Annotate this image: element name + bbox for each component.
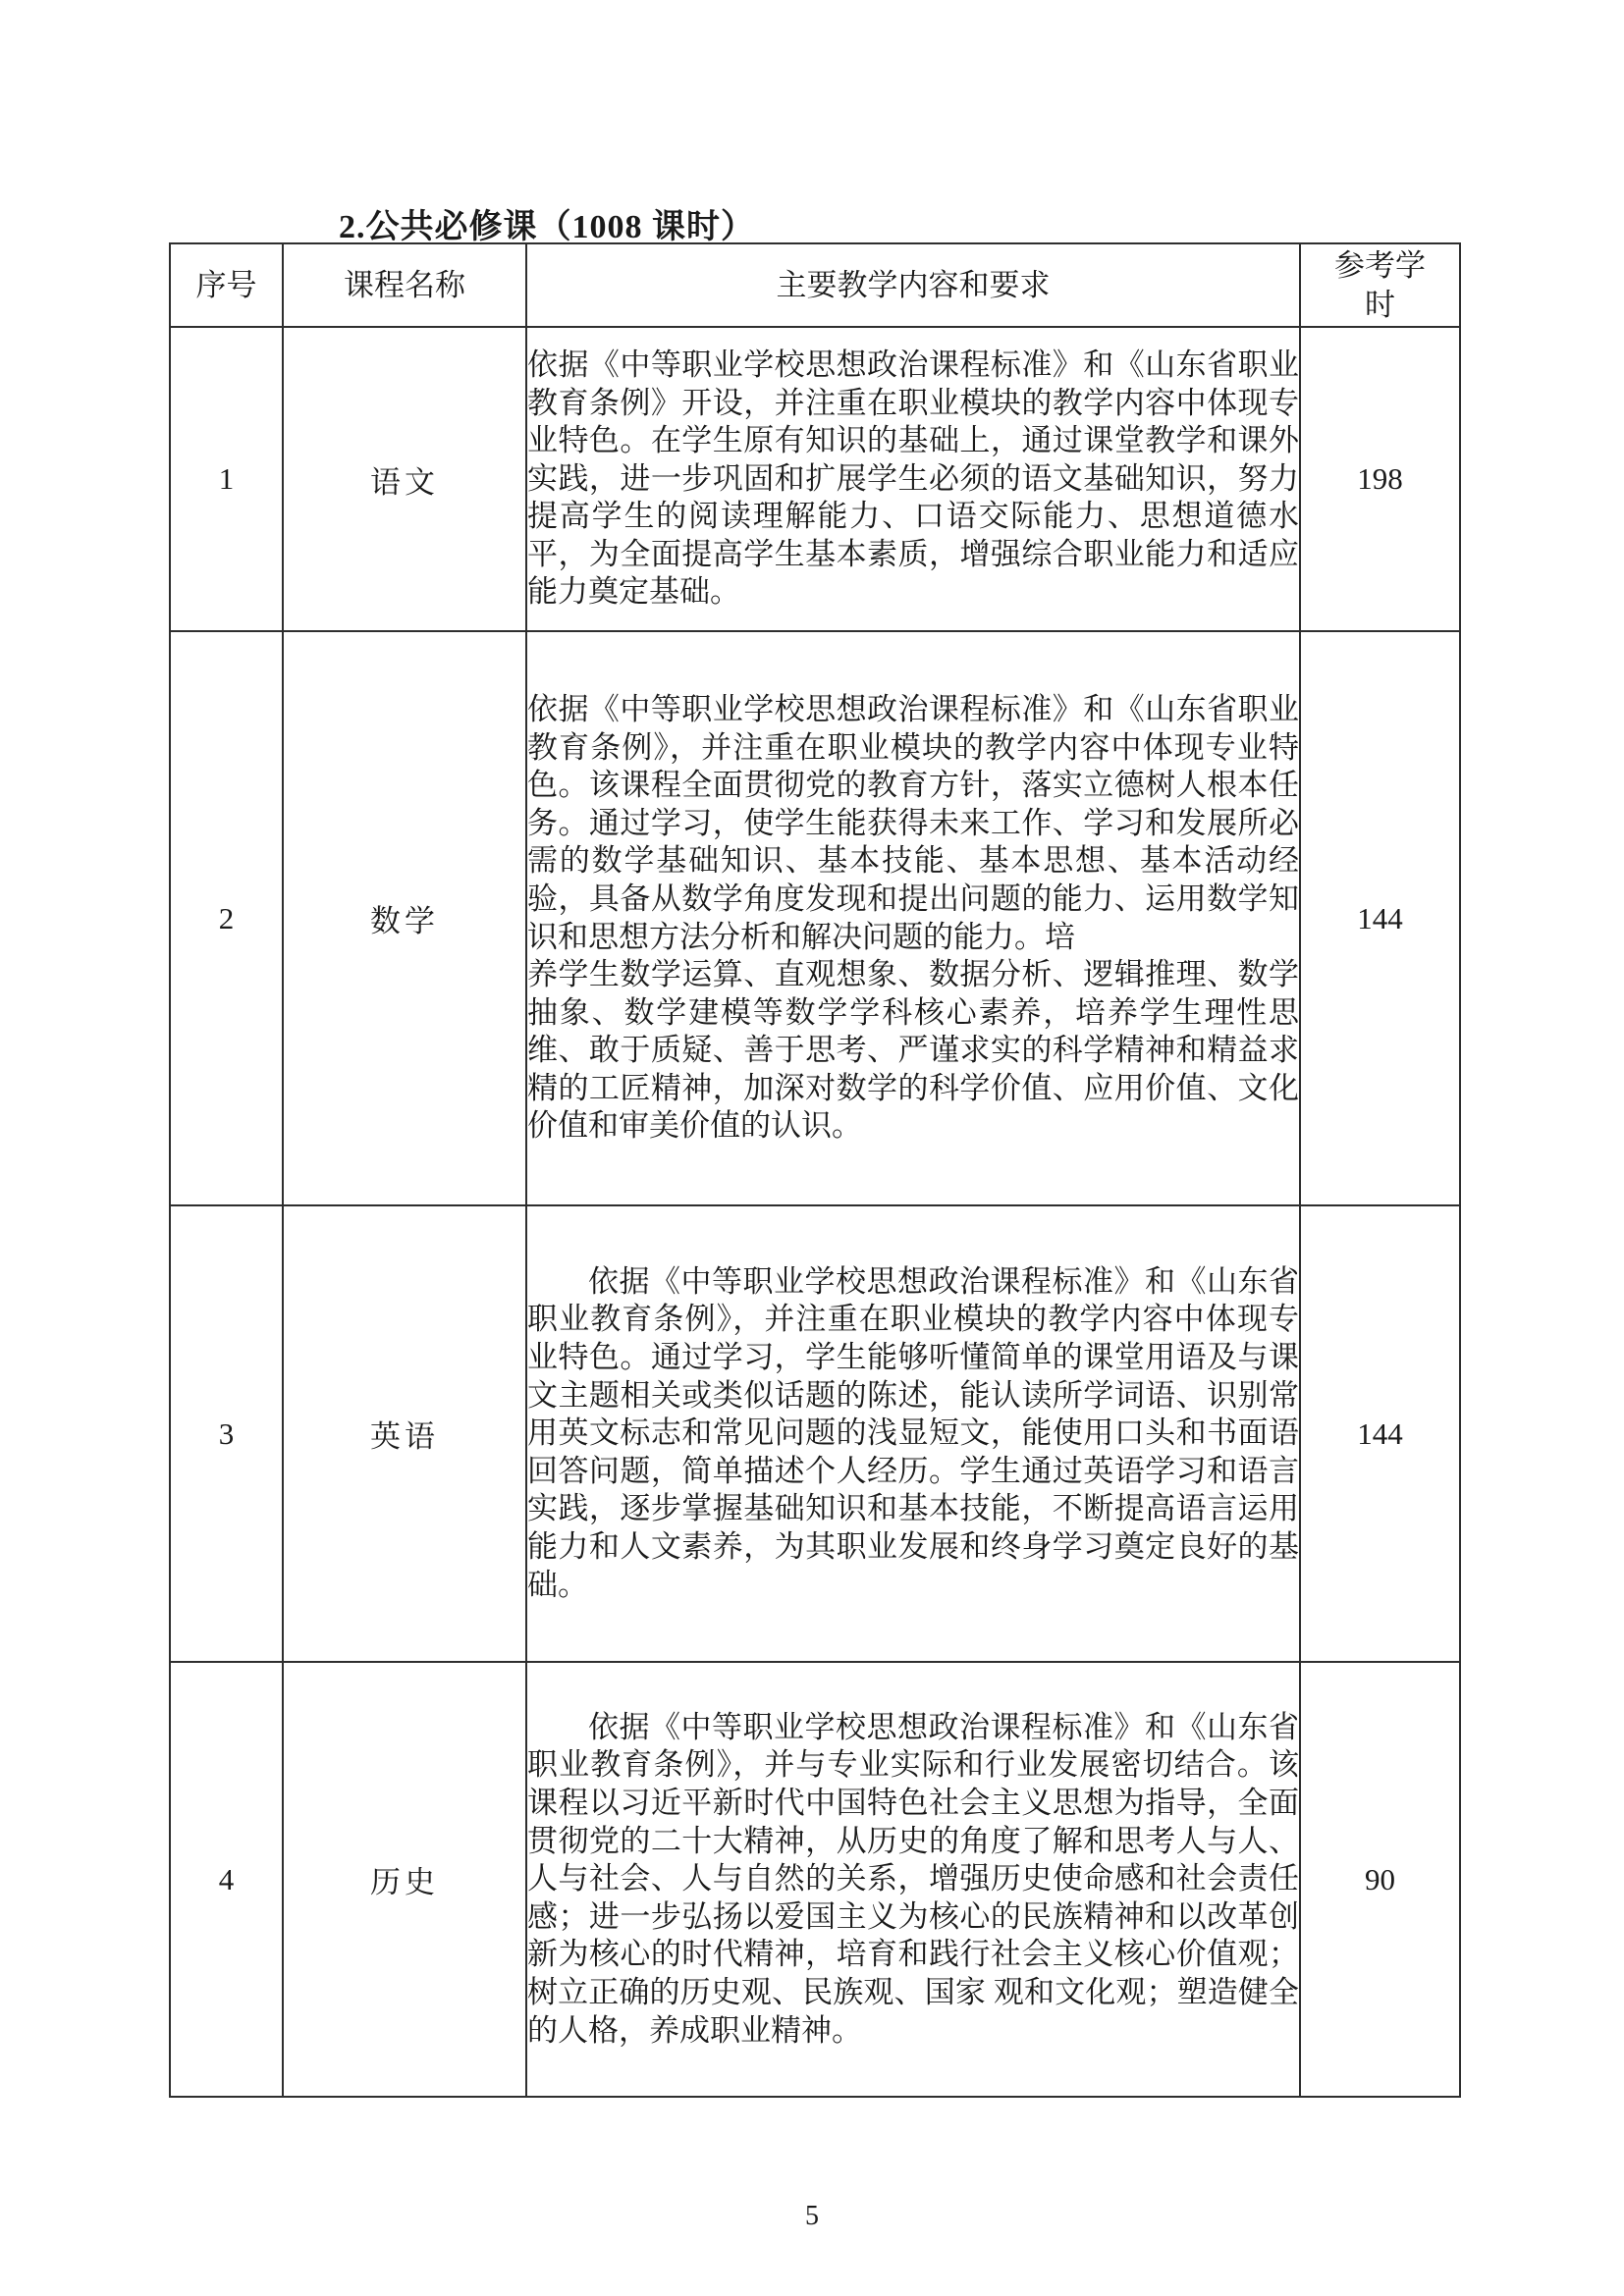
- table-header-row: 序号 课程名称 主要教学内容和要求 参考学时: [170, 243, 1460, 327]
- course-name: 数学: [283, 631, 526, 1205]
- content-paragraph: 养学生数学运算、直观想象、数据分析、逻辑推理、数学抽象、数学建模等数学学科核心素…: [527, 956, 1299, 1146]
- row-number: 2: [170, 631, 283, 1205]
- course-name: 历史: [283, 1662, 526, 2097]
- header-teaching-content: 主要教学内容和要求: [526, 243, 1300, 327]
- course-content-cell: 依据《中等职业学校思想政治课程标准》和《山东省职业教育条例》，并注重在职业模块的…: [526, 631, 1300, 1205]
- header-reference-hours: 参考学时: [1300, 243, 1460, 327]
- table-row: 2 数学 依据《中等职业学校思想政治课程标准》和《山东省职业教育条例》，并注重在…: [170, 631, 1460, 1205]
- header-course-name: 课程名称: [283, 243, 526, 327]
- course-content-cell: 依据《中等职业学校思想政治课程标准》和《山东省职业教育条例》，并与专业实际和行业…: [526, 1662, 1300, 2097]
- reference-hours: 198: [1300, 327, 1460, 631]
- reference-hours: 90: [1300, 1662, 1460, 2097]
- course-name: 英语: [283, 1205, 526, 1662]
- content-paragraph: 依据《中等职业学校思想政治课程标准》和《山东省职业教育条例》，并与专业实际和行业…: [527, 1709, 1299, 2050]
- course-name: 语文: [283, 327, 526, 631]
- row-number: 3: [170, 1205, 283, 1662]
- content-paragraph: 依据《中等职业学校思想政治课程标准》和《山东省职业教育条例》开设，并注重在职业模…: [527, 347, 1299, 612]
- course-content-cell: 依据《中等职业学校思想政治课程标准》和《山东省职业教育条例》，并注重在职业模块的…: [526, 1205, 1300, 1662]
- page-number: 5: [0, 2201, 1624, 2232]
- table-row: 1 语文 依据《中等职业学校思想政治课程标准》和《山东省职业教育条例》开设，并注…: [170, 327, 1460, 631]
- course-content-cell: 依据《中等职业学校思想政治课程标准》和《山东省职业教育条例》开设，并注重在职业模…: [526, 327, 1300, 631]
- header-no: 序号: [170, 243, 283, 327]
- row-number: 4: [170, 1662, 283, 2097]
- table-row: 4 历史 依据《中等职业学校思想政治课程标准》和《山东省职业教育条例》，并与专业…: [170, 1662, 1460, 2097]
- row-number: 1: [170, 327, 283, 631]
- document-page: 2.公共必修课（1008 课时） 序号 课程名称 主要教学内容和要求 参考学时 …: [0, 0, 1624, 2296]
- table-row: 3 英语 依据《中等职业学校思想政治课程标准》和《山东省职业教育条例》，并注重在…: [170, 1205, 1460, 1662]
- course-table: 序号 课程名称 主要教学内容和要求 参考学时 1 语文 依据《中等职业学校思想政…: [169, 242, 1461, 2098]
- reference-hours: 144: [1300, 1205, 1460, 1662]
- content-paragraph: 依据《中等职业学校思想政治课程标准》和《山东省职业教育条例》，并注重在职业模块的…: [527, 691, 1299, 956]
- reference-hours: 144: [1300, 631, 1460, 1205]
- section-title: 2.公共必修课（1008 课时）: [339, 199, 755, 247]
- content-paragraph: 依据《中等职业学校思想政治课程标准》和《山东省职业教育条例》，并注重在职业模块的…: [527, 1263, 1299, 1604]
